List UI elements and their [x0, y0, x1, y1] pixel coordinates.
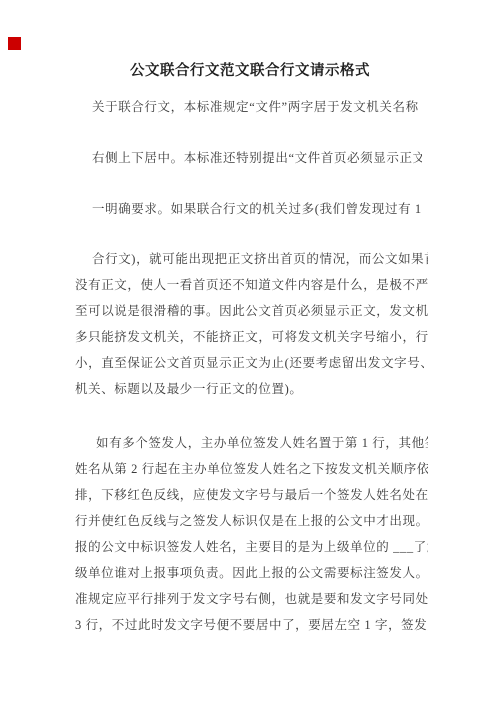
document-page: 公文联合行文范文联合行文请示格式 关于联合行文，本标准规定“文件”两字居于发文机… — [0, 0, 500, 708]
text-line: 小，直至保证公文首页显示正文为止(还要考虑留出发文字号、主送 — [75, 350, 428, 376]
text-line: 右侧上下居中。本标准还特别提出“文件首页必须显示正文”这 — [92, 145, 422, 171]
paragraph-1: 关于联合行文，本标准规定“文件”两字居于发文机关名称 右侧上下居中。本标准还特别… — [92, 94, 422, 247]
text-line: 机关、标题以及最少一行正文的位置)。 — [75, 376, 428, 402]
red-square-watermark — [8, 37, 21, 50]
text-line: 关于联合行文，本标准规定“文件”两字居于发文机关名称 — [92, 94, 422, 120]
text-line: 级单位谁对上报事项负责。因此上报的公文需要标注签发人。本标 — [75, 560, 428, 586]
text-line: 报的公文中标识签发人姓名，主要目的是为上级单位的 ___了解下 — [75, 534, 428, 560]
text-line: 至可以说是很滑稽的事。因此公文首页必须显示正文，发文机关过 — [75, 298, 428, 324]
text-line: 没有正文，使人一看首页还不知道文件内容是什么，是极不严肃甚 — [75, 272, 428, 298]
text-line: 如有多个签发人，主办单位签发人姓名置于第 1 行，其他签发人 — [75, 430, 428, 456]
text-line: 准规定应平行排列于发文字号右侧，也就是要和发文字号同处在第 — [75, 586, 428, 612]
text-line: 姓名从第 2 行起在主办单位签发人姓名之下按发文机关顺序依次顺 — [75, 456, 428, 482]
text-line: 3 行，不过此时发文字号便不要居中了，要居左空 1 字，签发人则 — [75, 612, 428, 638]
text-line: 合行文)，就可能出现把正文挤出首页的情况，而公文如果首页 — [75, 246, 428, 272]
text-line: 多只能挤发文机关，不能挤正文，可将发文机关字号缩小，行距缩 — [75, 324, 428, 350]
text-line: 行并使红色反线与之签发人标识仅是在上报的公文中才出现。在上 — [75, 508, 428, 534]
paragraph-1-continued: 合行文)，就可能出现把正文挤出首页的情况，而公文如果首页 没有正文，使人一看首页… — [75, 246, 428, 402]
paragraph-2: 如有多个签发人，主办单位签发人姓名置于第 1 行，其他签发人 姓名从第 2 行起… — [75, 430, 428, 638]
text-line: 排，下移红色反线，应使发文字号与最后一个签发人姓名处在同一 — [75, 482, 428, 508]
document-title: 公文联合行文范文联合行文请示格式 — [0, 62, 500, 80]
text-line: 一明确要求。如果联合行文的机关过多(我们曾发现过有 14 家联 — [92, 196, 422, 222]
